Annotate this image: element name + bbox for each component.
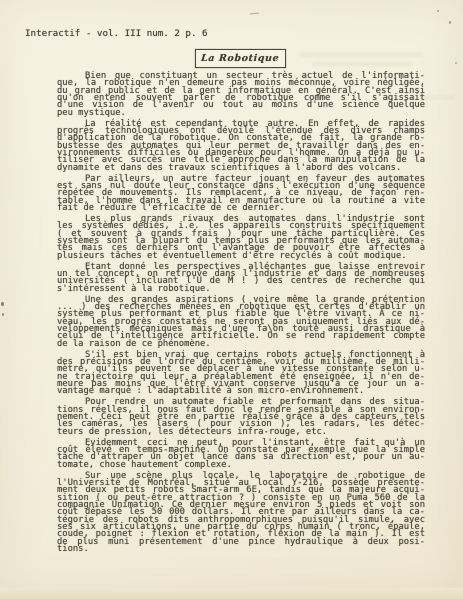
paragraph: La réalité est cependant toute autre. En…	[57, 121, 425, 172]
bleed-through-ghost	[300, 52, 422, 57]
text-line: tions.	[57, 546, 425, 553]
paragraph: Pour rendre un automate fiable et perfor…	[57, 399, 425, 436]
journal-header: Interactif - vol. III num. 2 p. 6	[25, 28, 208, 39]
text-line: tomate, chose hautement complexe.	[57, 462, 425, 469]
text-line: de la raison de ce phénomène.	[57, 341, 425, 348]
scan-speck	[1, 302, 4, 306]
page-bottom-edge	[0, 588, 463, 599]
bleed-through-ghost	[420, 96, 454, 99]
text-line: plusieurs tâches et éventuellement d'êtr…	[57, 253, 425, 260]
text-line: dynamite et dans des travaux scientifiqu…	[57, 165, 425, 172]
paragraph: Sur une scène plus locale, le laboratoir…	[57, 473, 425, 554]
article-title-box: La Robotique	[195, 49, 286, 68]
scan-speck	[455, 62, 457, 64]
article: Bien que constituant un secteur très act…	[57, 73, 425, 557]
scan-speck	[449, 21, 451, 24]
text-line: peu mystique.	[57, 110, 425, 117]
paragraph: Une des grandes aspirations ( voire même…	[57, 297, 425, 348]
text-line: vantage marqué : l'adaptabilité à son mi…	[57, 388, 425, 395]
paragraph: Les plus grands rivaux des automates dan…	[57, 216, 425, 260]
article-title: La Robotique	[201, 53, 280, 64]
text-line: fait de réduire l'efficacité de ce derni…	[57, 205, 425, 212]
text-line: de plus muni présentement d'une pince hy…	[57, 539, 425, 546]
paragraph: S'il est bien vrai que certains robots a…	[57, 352, 425, 396]
paragraph: Bien que constituant un secteur très act…	[57, 73, 425, 117]
text-line: teurs de pression, les détecteurs infra-…	[57, 429, 425, 436]
paragraph: Evidemment ceci ne peut, pour l'instant,…	[57, 440, 425, 469]
scan-dash-mark	[250, 13, 259, 15]
text-line: s'intéressent à la robotique.	[57, 286, 425, 293]
paragraph: Etant donné les perspectives alléchantes…	[57, 264, 425, 293]
scan-speck	[437, 10, 439, 12]
scanned-page: Interactif - vol. III num. 2 p. 6 La Rob…	[0, 0, 463, 599]
scan-speck	[2, 313, 4, 316]
bleed-through-ghost	[312, 62, 412, 66]
paragraph: Par ailleurs, un autre facteur jouant en…	[57, 176, 425, 213]
